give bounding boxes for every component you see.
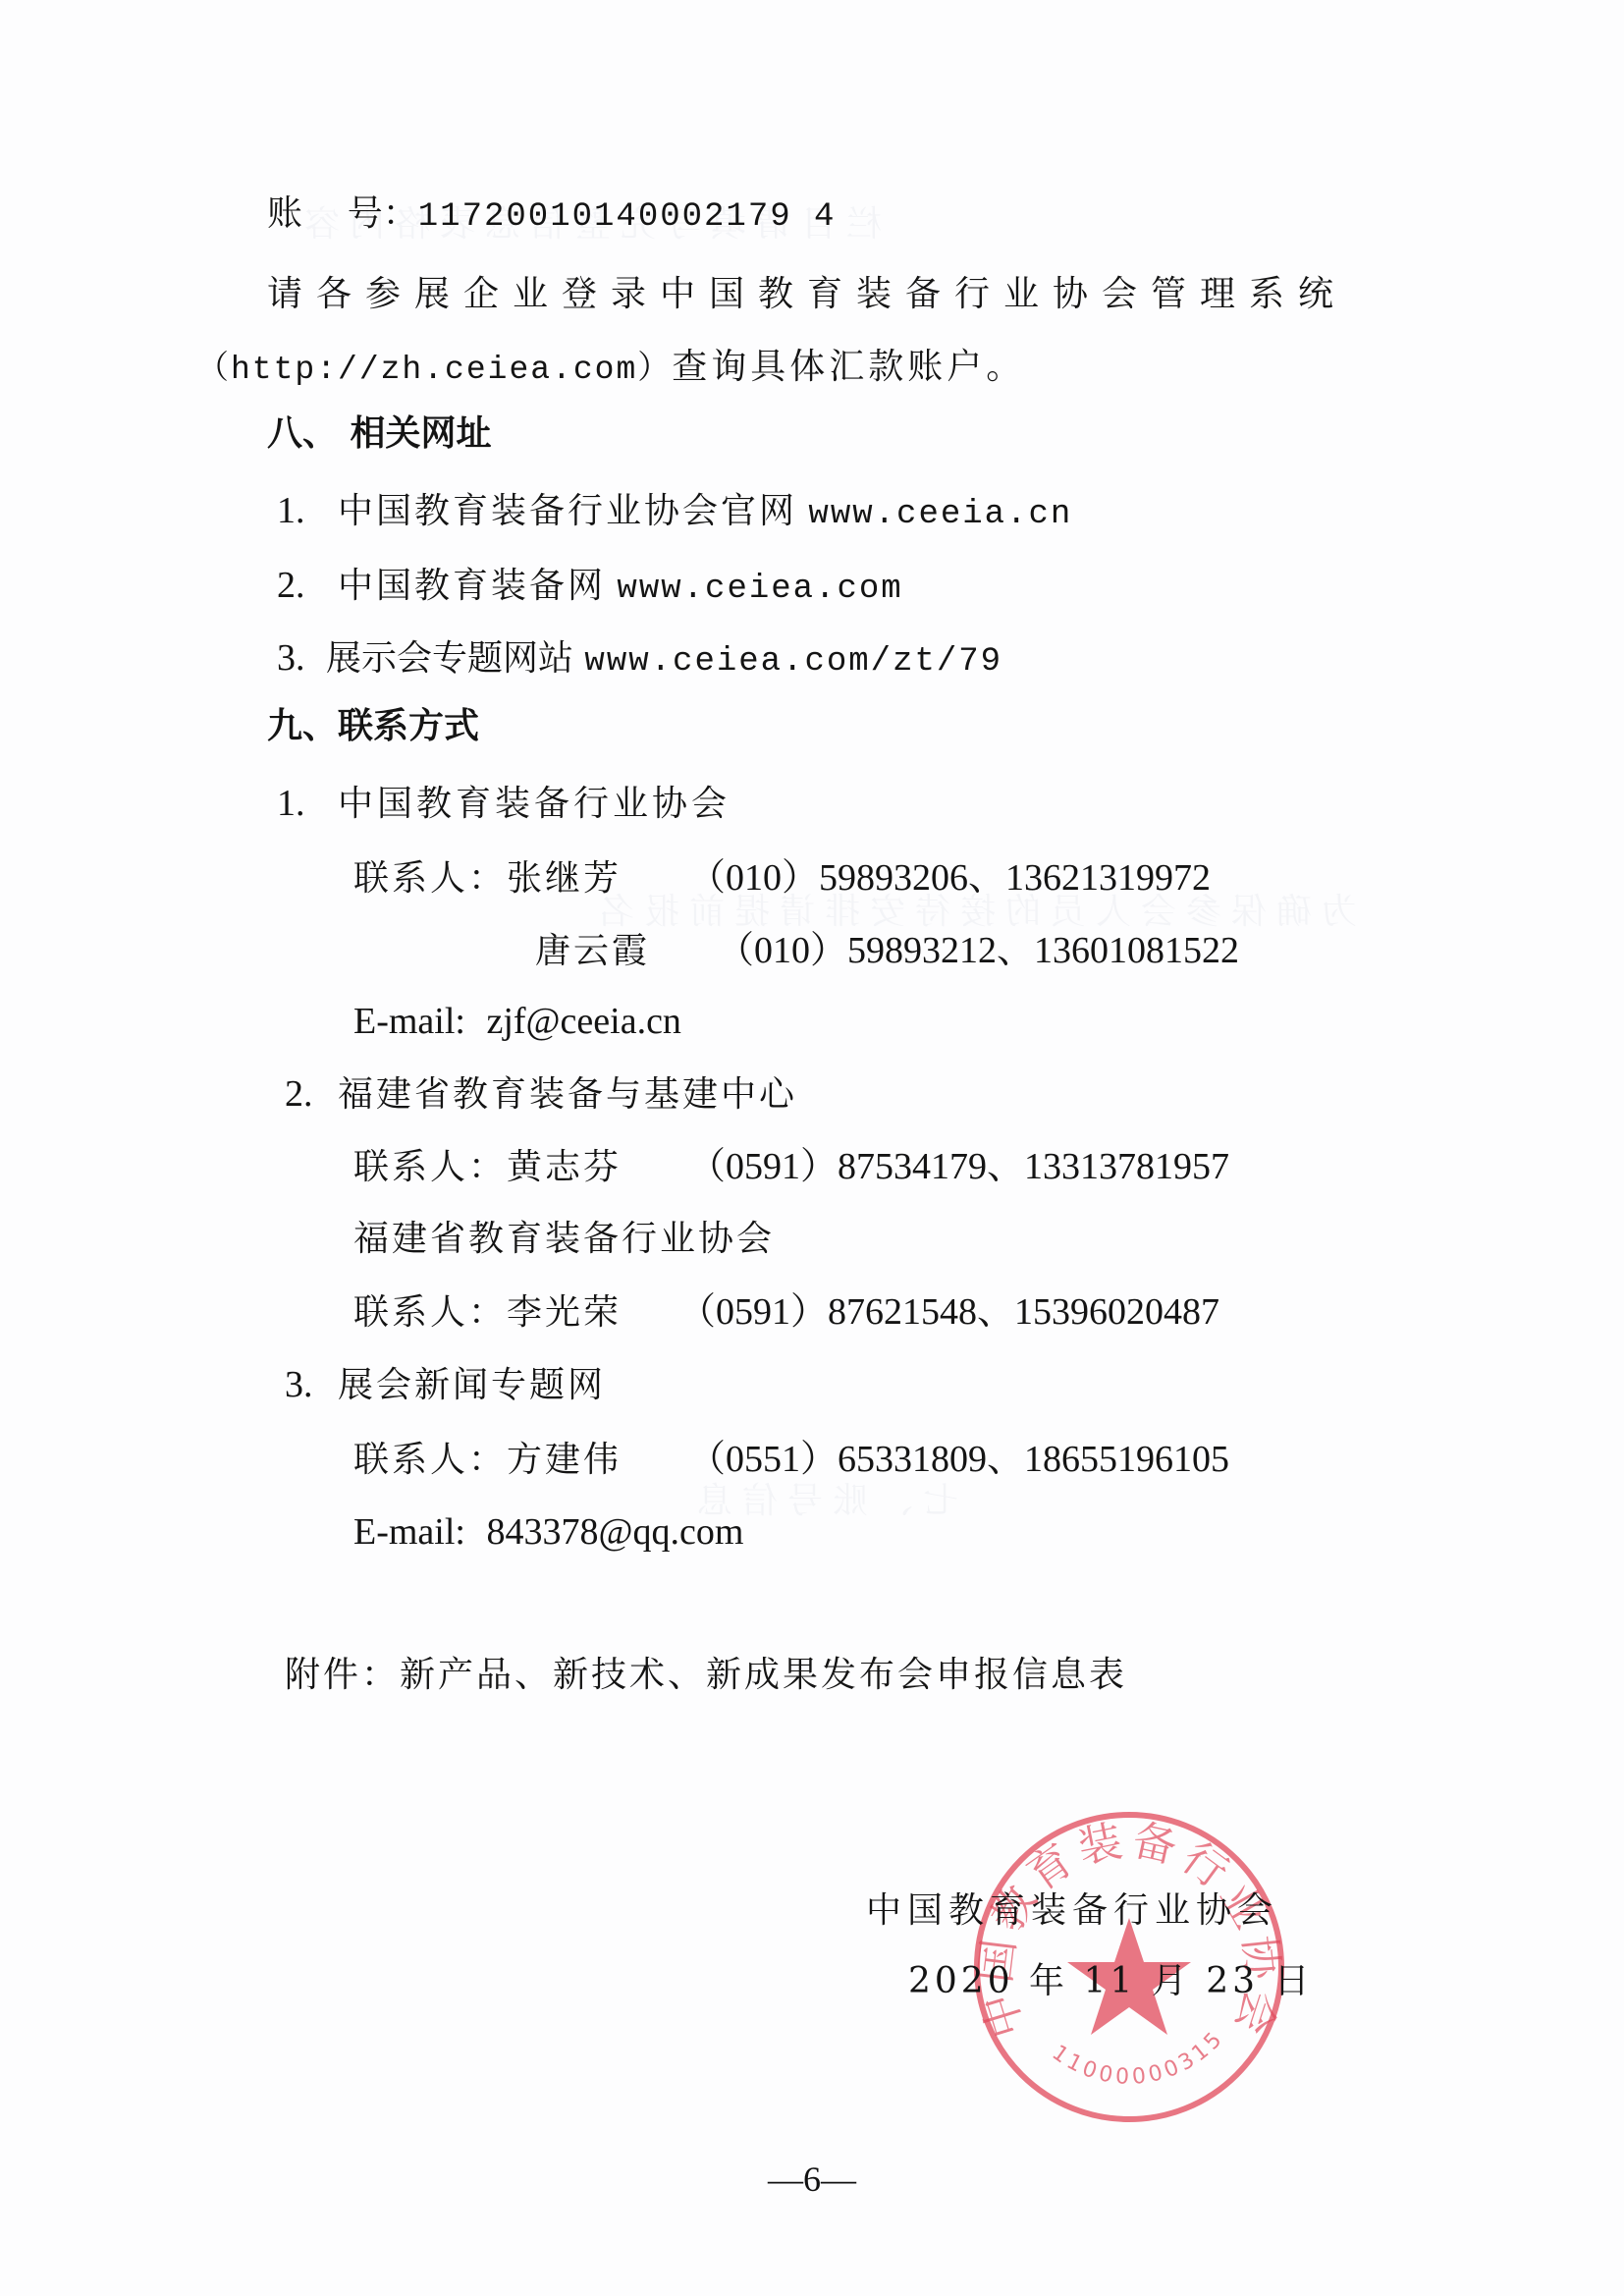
contact-label: 联系人： (353, 1440, 507, 1480)
url-item-number: 2. (277, 565, 305, 606)
url-link[interactable]: www.ceiea.com (617, 571, 902, 608)
email-link[interactable]: 843378@qq.com (486, 1511, 743, 1553)
contact-row: 联系人：黄志芬（0591）87534179、13313781957 (353, 1145, 1229, 1189)
org-number: 3. (285, 1364, 313, 1405)
contact-phone: （0551）65331809、18655196105 (688, 1439, 1229, 1480)
email-row: E-mail: zjf@ceeia.cn (353, 1000, 681, 1043)
account-number: 11720010140002179 4 (418, 198, 837, 236)
system-url[interactable]: （http://zh.ceiea.com） (196, 352, 672, 388)
org-3-name: 3. 展会新闻专题网 (285, 1363, 606, 1407)
account-line: 账 号：11720010140002179 4 (267, 192, 836, 239)
contact-row: 联系人：李光荣（0591）87621548、15396020487 (353, 1290, 1219, 1335)
contact-phone: （0591）87621548、15396020487 (678, 1291, 1219, 1333)
org-name: 中国教育装备行业协会 (338, 784, 731, 824)
document-page: 栏目请填写完整信息表格内容 为确保参会人员的接待安排请提前报名 七、账号信息 账… (0, 0, 1624, 2296)
contact-label: 联系人： (353, 858, 507, 899)
org-2-name: 2. 福建省教育装备与基建中心 (285, 1072, 797, 1117)
contact-name: 黄志芬 (507, 1146, 688, 1189)
contact-row: 联系人：张继芳（010）59893206、13621319972 (353, 856, 1211, 901)
org-name: 福建省教育装备与基建中心 (338, 1074, 797, 1115)
url-item-text: 中国教育装备行业协会官网 (338, 491, 797, 531)
section-9-title: 九、联系方式 (267, 705, 479, 748)
account-label: 账 号： (267, 193, 418, 234)
email-link[interactable]: zjf@ceeia.cn (486, 1001, 680, 1042)
org-name: 展会新闻专题网 (338, 1365, 606, 1405)
contact-name: 唐云霞 (535, 930, 717, 973)
url-link[interactable]: www.ceeia.cn (808, 496, 1072, 533)
url-item-number: 1. (277, 490, 305, 531)
contact-phone: （010）59893206、13621319972 (688, 857, 1211, 899)
url-item-text: 展示会专题网站 (326, 638, 573, 679)
org-number: 2. (285, 1073, 313, 1115)
email-row: E-mail: 843378@qq.com (353, 1510, 743, 1554)
notice-line-2: （http://zh.ceiea.com）查询具体汇款账户。 (196, 346, 1025, 392)
contact-label: 联系人： (353, 1147, 507, 1187)
notice-line-1: 请各参展企业登录中国教育装备行业协会管理系统 (267, 273, 1347, 316)
org-1-name: 1. 中国教育装备行业协会 (277, 782, 731, 826)
contact-name: 李光荣 (507, 1291, 678, 1335)
url-item-text: 中国教育装备网 (338, 566, 606, 606)
url-item-3: 3. 展示会专题网站 www.ceiea.com/zt/79 (277, 636, 1002, 683)
contact-phone: （0591）87534179、13313781957 (688, 1146, 1229, 1187)
sub-org-name: 福建省教育装备行业协会 (353, 1218, 775, 1261)
contact-name: 方建伟 (507, 1439, 688, 1482)
email-label: E-mail: (353, 1001, 465, 1042)
url-item-number: 3. (277, 637, 305, 679)
contact-phone: （010）59893212、13601081522 (717, 930, 1239, 971)
page-number: —6— (0, 2159, 1624, 2200)
contact-row: 联系人：方建伟（0551）65331809、18655196105 (353, 1438, 1229, 1482)
url-item-2: 2. 中国教育装备网 www.ceiea.com (277, 564, 903, 611)
signature-org: 中国教育装备行业协会 (866, 1889, 1278, 1933)
notice-line-2-text: 查询具体汇款账户。 (672, 347, 1025, 387)
section-8-title: 八、 相关网址 (267, 412, 492, 456)
contact-row: 唐云霞（010）59893212、13601081522 (535, 929, 1239, 973)
url-item-1: 1. 中国教育装备行业协会官网 www.ceeia.cn (277, 489, 1072, 536)
contact-label: 联系人： (353, 1292, 507, 1333)
org-number: 1. (277, 783, 305, 824)
attachment-line: 附件：新产品、新技术、新成果发布会申报信息表 (285, 1654, 1127, 1697)
email-label: E-mail: (353, 1511, 465, 1553)
contact-name: 张继芳 (507, 857, 688, 901)
url-link[interactable]: www.ceiea.com/zt/79 (584, 643, 1002, 681)
signature-date: 2020 年 11 月 23 日 (908, 1960, 1313, 2003)
